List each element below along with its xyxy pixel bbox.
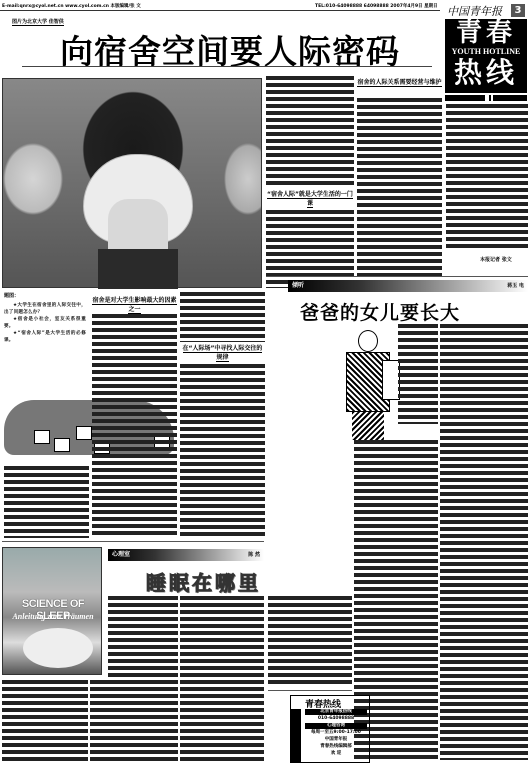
section-divider <box>2 541 264 542</box>
hotline-row: 青春热线编辑部 <box>305 744 367 750</box>
subhead-1: 宿舍是对大学生影响最大的因素之一 <box>92 296 177 314</box>
date-info: TEL:010-64098888 64098888 2007年4月9日 星期日 <box>315 3 438 9</box>
section-label: 倾听 <box>292 282 304 289</box>
movie-poster: SCIENCE OF SLEEP Anleitung zum Träumen <box>2 547 102 675</box>
article-column <box>357 98 442 284</box>
subhead-2: 在“人际场”中寻找人际交往的规律 <box>180 344 265 362</box>
byline: 本报记者 张文 <box>480 256 512 263</box>
listen-headline: 爸爸的女儿要长大 <box>300 298 460 325</box>
section-title-block: 青春 YOUTH HOTLINE 热线 <box>445 19 527 93</box>
article-column <box>4 466 89 538</box>
lead-photo <box>2 78 262 288</box>
article-column <box>180 596 264 762</box>
article-column <box>2 680 88 762</box>
section-divider <box>266 276 528 277</box>
cube-icon <box>34 430 50 444</box>
header-divider <box>0 10 440 11</box>
hotline-row: 中国青年报 <box>305 737 367 743</box>
masthead-strip <box>445 95 527 101</box>
subhead-4: 宿舍的人际关系需要经营与维护 <box>357 78 442 87</box>
hotline-vertical-label <box>291 709 301 763</box>
headline-rule <box>22 66 432 67</box>
article-column <box>266 76 354 188</box>
article-column <box>180 292 265 342</box>
article-column <box>398 324 438 424</box>
poster-subtitle: Anleitung zum Träumen <box>5 612 101 621</box>
article-column <box>92 314 177 538</box>
article-column <box>90 680 178 762</box>
section-author: 陈 然 <box>248 549 260 561</box>
hotline-row: 北京青年报热线 <box>305 709 367 715</box>
article-column <box>440 324 528 760</box>
section-divider <box>268 690 352 691</box>
page-number: 3 <box>511 4 525 17</box>
caption-label: 题图： <box>4 292 19 299</box>
father-head <box>358 330 378 352</box>
hotline-box: 青春热线 北京青年报热线 010-64098888 心理咨询 每周一至五9:00… <box>290 695 370 763</box>
article-column <box>180 364 265 538</box>
father-daughter-cartoon <box>338 330 398 440</box>
article-column <box>268 596 352 686</box>
hotline-row: 心理咨询 <box>305 723 367 729</box>
article-column <box>108 596 178 680</box>
sleeve-image <box>98 249 178 289</box>
hotline-row: 欢 迎 <box>305 751 367 757</box>
newspaper-logo: 中国青年报 <box>447 3 502 19</box>
sleep-headline: 睡眠在哪里 <box>146 567 261 596</box>
section-title-top: 青春 <box>445 19 527 47</box>
section-bar-sleep: 心理室 陈 然 <box>108 549 264 561</box>
subhead-3: “宿舍人际”就是大学生活的一门课 <box>266 190 354 208</box>
section-label: 心理室 <box>112 551 130 558</box>
masthead: 中国青年报 3 青春 YOUTH HOTLINE 热线 <box>445 3 527 93</box>
kicker: 图片为北京大学 佳智供 <box>12 18 64 26</box>
article-column <box>446 104 528 248</box>
hotline-phone[interactable]: 010-64098888 <box>305 716 367 722</box>
section-bar-listen: 倾听 蒋玉 电 <box>288 280 528 292</box>
sleeping-face-image <box>23 628 93 668</box>
father-legs <box>352 412 384 440</box>
cube-icon <box>76 426 92 440</box>
section-author: 蒋玉 电 <box>507 280 524 292</box>
contact-info: E-mail:qnrx@cyol.net.cn www.cyol.com.cn … <box>2 3 141 9</box>
hotline-row: 每周一至五9:00-17:00 <box>305 730 367 736</box>
section-title-bottom: 热线 <box>445 57 527 89</box>
cube-icon <box>54 438 70 452</box>
caption-text: ★大学生在宿舍里的人际交往中，出了问题怎么办？ ★宿舍是小社会，室友关系很重要。… <box>4 302 86 382</box>
